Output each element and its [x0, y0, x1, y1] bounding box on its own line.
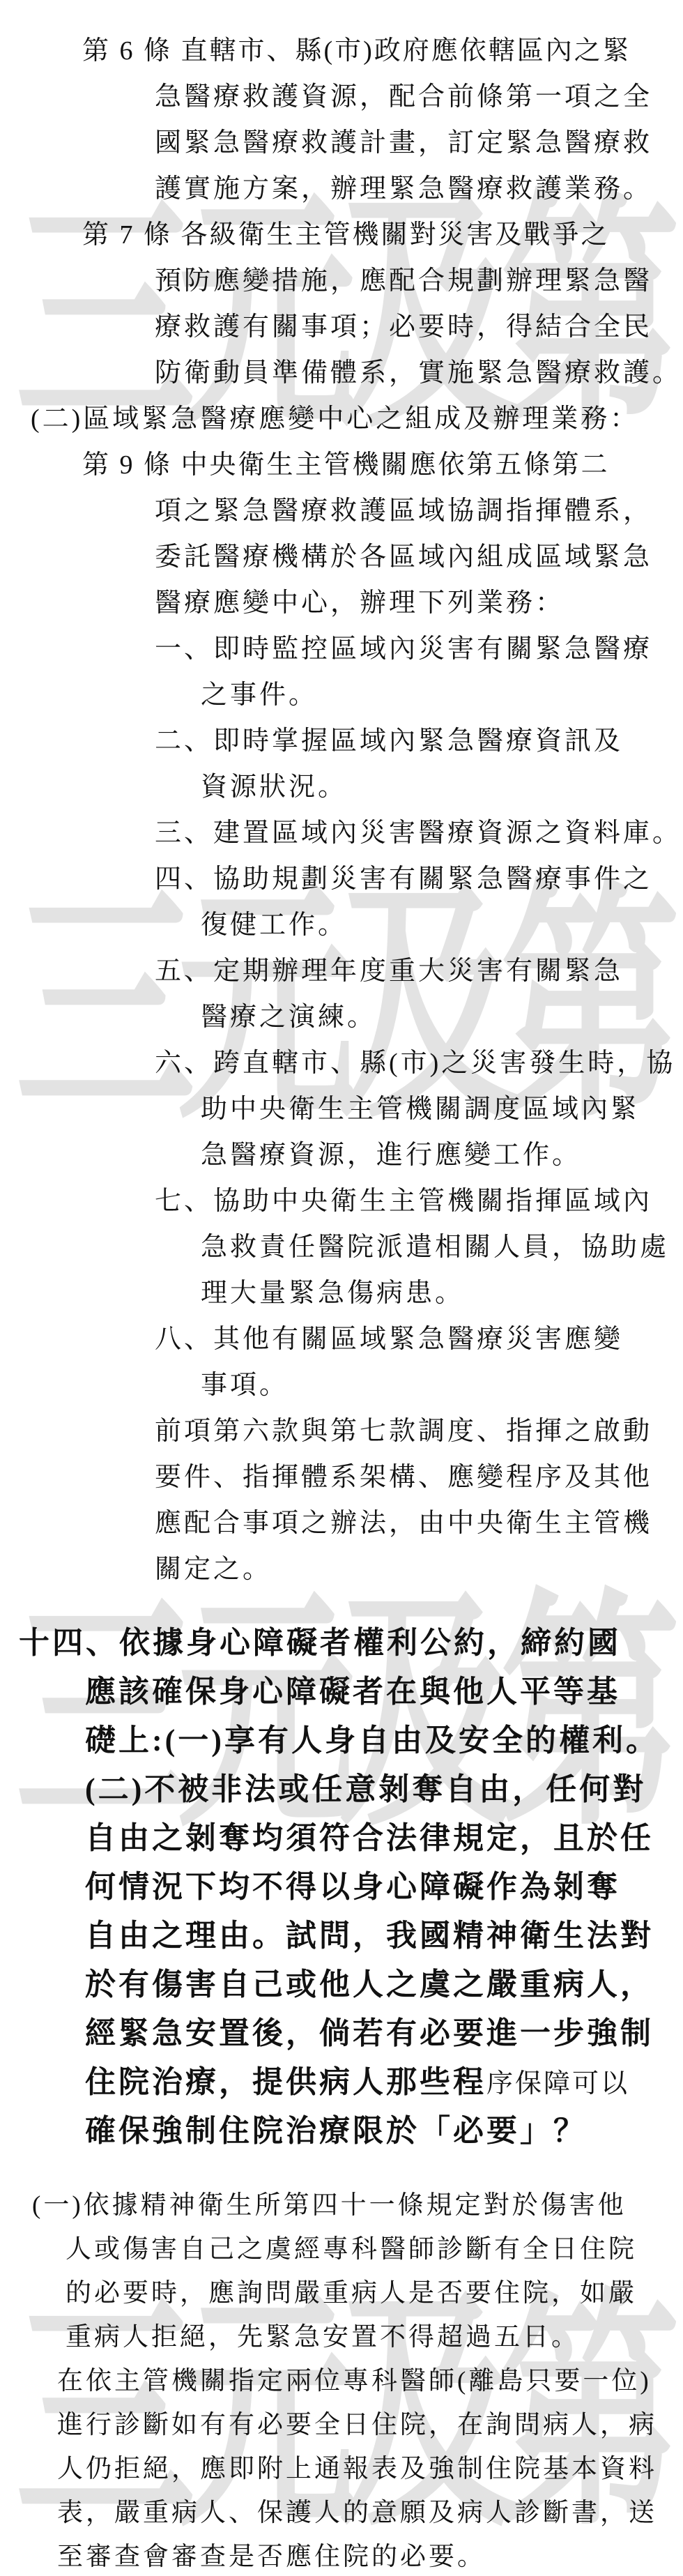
- article7-line2: 預防應變措施，應配合規劃辦理緊急醫: [0, 258, 683, 304]
- answer1-line8: 表，嚴重病人、保護人的意願及病人診斷書，送: [0, 2491, 683, 2535]
- answer1-line7: 人仍拒絕，應即附上通報表及強制住院基本資料: [0, 2447, 683, 2491]
- answer1-line4: 重病人拒絕，先緊急安置不得超過五日。: [0, 2315, 683, 2359]
- q14-line7: 自由之理由。試問，我國精神衛生法對: [0, 1912, 683, 1960]
- article9-line4: 醫療應變中心，辦理下列業務：: [0, 580, 683, 626]
- item7-line3: 理大量緊急傷病患。: [0, 1270, 683, 1316]
- article9-closing-line2: 要件、指揮體系架構、應變程序及其他: [0, 1454, 683, 1500]
- q14-line3: 礎上:(一)享有人身自由及安全的權利。: [0, 1716, 683, 1765]
- article7-line4: 防衛動員準備體系，實施緊急醫療救護。: [0, 350, 683, 396]
- q14-line10-bold-part: 住院治療，提供病人那些程: [85, 2065, 486, 2099]
- article7-line1: 第 7 條 各級衛生主管機關對災害及戰爭之: [0, 212, 683, 258]
- article6-line2: 急醫療救護資源，配合前條第一項之全: [0, 74, 683, 120]
- item8-line2: 事項。: [0, 1362, 683, 1408]
- q14-line2: 應該確保身心障礙者在與他人平等基: [0, 1668, 683, 1716]
- answer1-line1: (一)依據精神衛生所第四十一條規定對於傷害他: [0, 2183, 683, 2227]
- q14-line1: 十四、依據身心障礙者權利公約，締約國: [0, 1619, 683, 1668]
- item5-line2: 醫療之演練。: [0, 994, 683, 1040]
- article7-line3: 療救護有關事項；必要時，得結合全民: [0, 304, 683, 350]
- q14-line10: 住院治療，提供病人那些程序保障可以: [0, 2058, 683, 2107]
- item1-line2: 之事件。: [0, 672, 683, 718]
- item6-line1: 六、跨直轄市、縣(市)之災害發生時，協: [0, 1040, 683, 1086]
- item4-line2: 復健工作。: [0, 902, 683, 948]
- q14-line5: 自由之剝奪均須符合法律規定，且於任: [0, 1814, 683, 1863]
- q14-line10-regular-part: 序保障可以: [486, 2069, 629, 2098]
- article6-line1: 第 6 條 直轄市、縣(市)政府應依轄區內之緊: [0, 28, 683, 74]
- article9-line3: 委託醫療機構於各區域內組成區域緊急: [0, 534, 683, 580]
- article6-line4: 護實施方案，辦理緊急醫療救護業務。: [0, 166, 683, 212]
- question14-section: 十四、依據身心障礙者權利公約，締約國 應該確保身心障礙者在與他人平等基 礎上:(…: [0, 1619, 683, 2156]
- q14-line6: 何情況下均不得以身心障礙作為剝奪: [0, 1863, 683, 1912]
- q14-line9: 經緊急安置後，倘若有必要進一步強制: [0, 2009, 683, 2058]
- item6-line2: 助中央衛生主管機關調度區域內緊: [0, 1086, 683, 1132]
- q14-line8: 於有傷害自己或他人之虞之嚴重病人，: [0, 1960, 683, 2009]
- article9-closing-line3: 應配合事項之辦法，由中央衛生主管機: [0, 1500, 683, 1546]
- item2-line2: 資源狀況。: [0, 764, 683, 810]
- item5-line1: 五、定期辦理年度重大災害有關緊急: [0, 948, 683, 994]
- item3-line1: 三、建置區域內災害醫療資源之資料庫。: [0, 810, 683, 856]
- article6-line3: 國緊急醫療救護計畫，訂定緊急醫療救: [0, 120, 683, 166]
- answer1-line9: 至審查會審查是否應住院的必要。: [0, 2535, 683, 2576]
- article9-line2: 項之緊急醫療救護區域協調指揮體系，: [0, 488, 683, 534]
- answer1-line3: 的必要時，應詢問嚴重病人是否要住院，如嚴: [0, 2271, 683, 2315]
- regional-center-heading: (二)區域緊急醫療應變中心之組成及辦理業務：: [0, 396, 683, 442]
- item2-line1: 二、即時掌握區域內緊急醫療資訊及: [0, 718, 683, 764]
- article9-line1: 第 9 條 中央衛生主管機關應依第五條第二: [0, 442, 683, 488]
- answer1-section: (一)依據精神衛生所第四十一條規定對於傷害他 人或傷害自己之虞經專科醫師診斷有全…: [0, 2183, 683, 2576]
- article9-closing-line4: 關定之。: [0, 1546, 683, 1592]
- answer1-line6: 進行診斷如有有必要全日住院，在詢問病人，病: [0, 2403, 683, 2447]
- answer1-line2: 人或傷害自己之虞經專科醫師診斷有全日住院: [0, 2227, 683, 2271]
- q14-line11: 確保強制住院治療限於「必要」？: [0, 2107, 683, 2156]
- q14-line4: (二)不被非法或任意剝奪自由，任何對: [0, 1765, 683, 1814]
- item7-line2: 急救責任醫院派遣相關人員，協助處: [0, 1224, 683, 1270]
- item4-line1: 四、協助規劃災害有關緊急醫療事件之: [0, 856, 683, 902]
- item6-line3: 急醫療資源，進行應變工作。: [0, 1132, 683, 1178]
- regulations-section: 第 6 條 直轄市、縣(市)政府應依轄區內之緊 急醫療救護資源，配合前條第一項之…: [0, 28, 683, 1592]
- item1-line1: 一、即時監控區域內災害有關緊急醫療: [0, 626, 683, 672]
- document-page: 三元及第 三元及第 三元及第 三元及第 第 6 條 直轄市、縣(市)政府應依轄區…: [0, 0, 683, 2576]
- item7-line1: 七、協助中央衛生主管機關指揮區域內: [0, 1178, 683, 1224]
- item8-line1: 八、其他有關區域緊急醫療災害應變: [0, 1316, 683, 1362]
- answer1-line5: 在依主管機關指定兩位專科醫師(離島只要一位): [0, 2359, 683, 2403]
- article9-closing-line1: 前項第六款與第七款調度、指揮之啟動: [0, 1408, 683, 1454]
